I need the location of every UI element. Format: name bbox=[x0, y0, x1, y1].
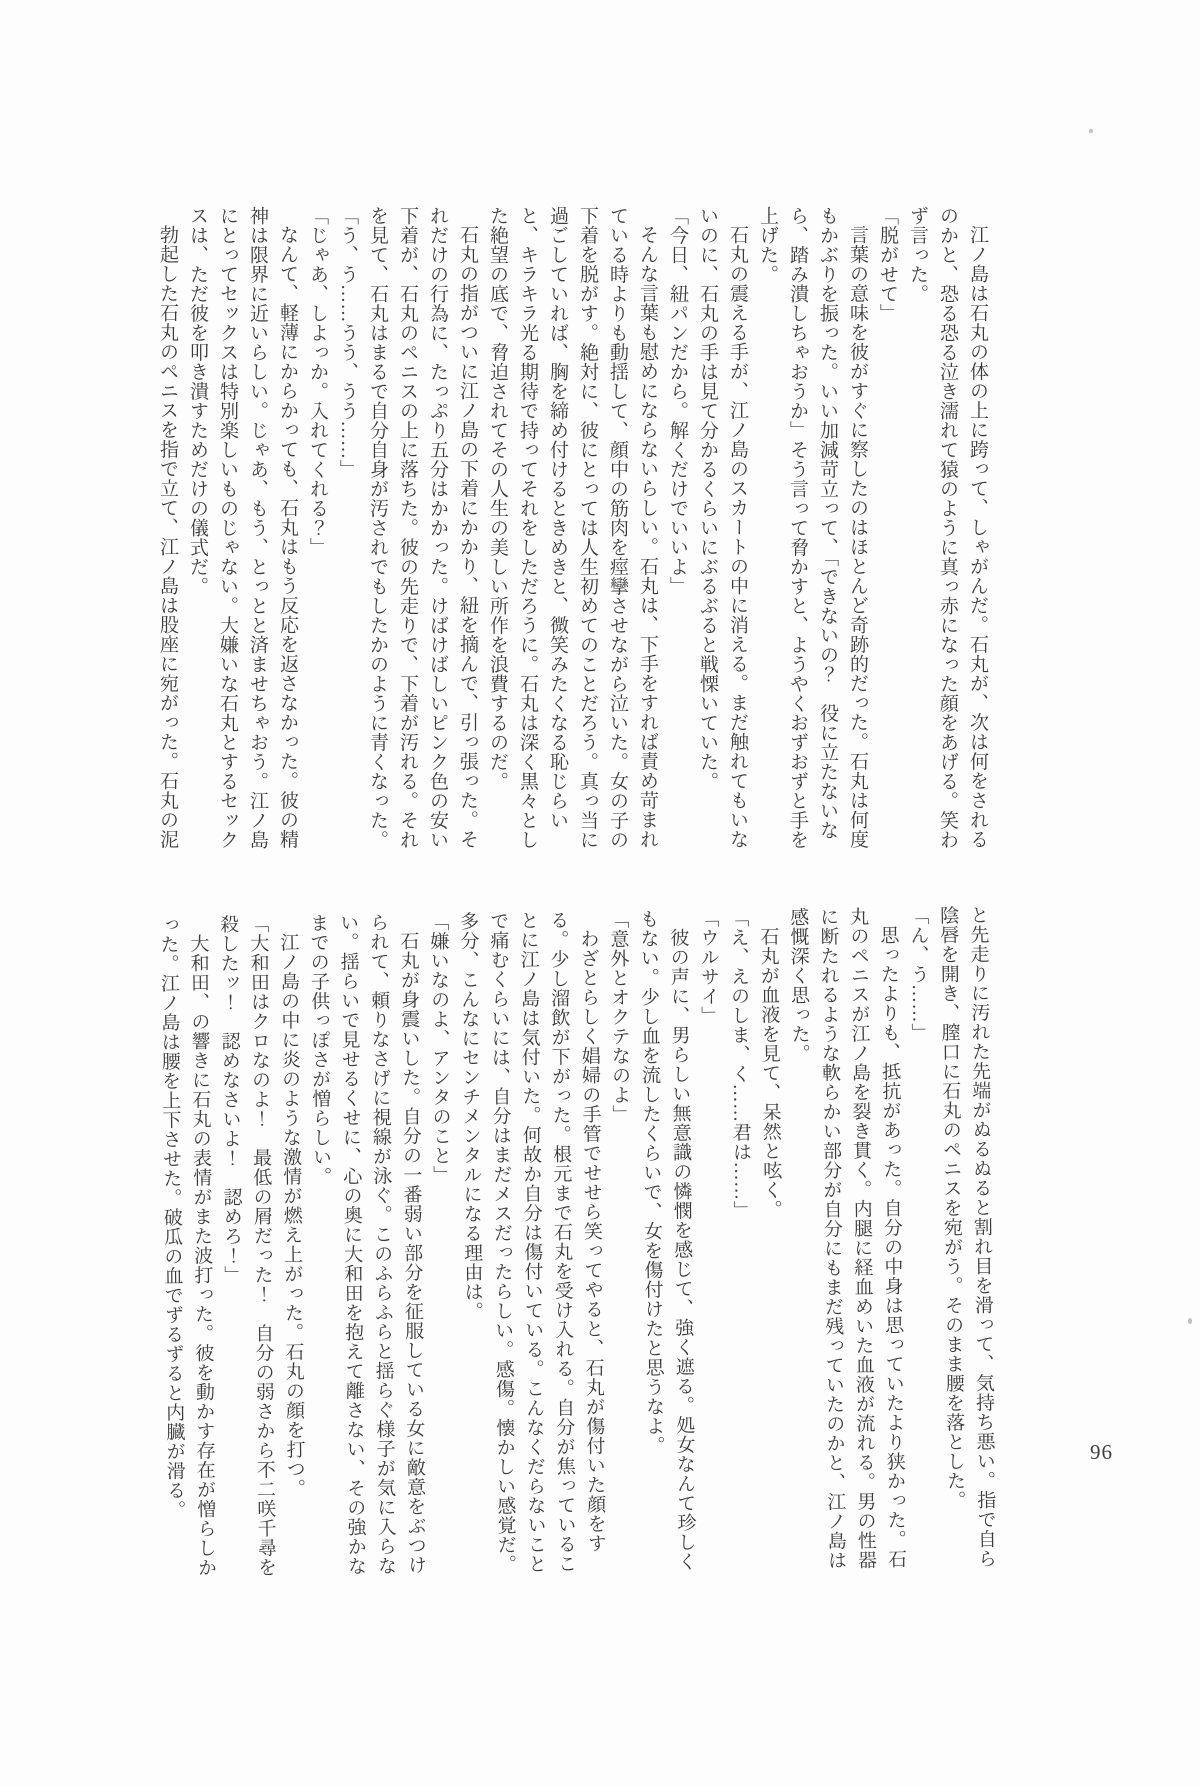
scan-speck bbox=[1089, 129, 1093, 133]
paragraph: 勃起した石丸のペニスを指で立て、江ノ島は股座に宛がった。石丸の泥 bbox=[152, 206, 182, 852]
paragraph: なんて、軽薄にからかっても、石丸はもう反応を返さなかった。彼の精神は限界に近いら… bbox=[182, 206, 302, 852]
text-block-bottom: と先走りに汚れた先端がぬるぬると割れ目を滑って、気持ち悪い。指で自ら陰唇を開き、… bbox=[152, 905, 1000, 1580]
paragraph: 「う、う……うう、うう……」 bbox=[332, 206, 362, 852]
paragraph: 大和田、の響きに石丸の表情がまた波打った。彼を動かす存在が憎らしかった。江ノ島は… bbox=[152, 915, 220, 1581]
paragraph: 江ノ島は石丸の体の上に跨って、しゃがんだ。石丸が、次は何をされるのかと、恐る恐る… bbox=[902, 206, 992, 852]
paragraph: と先走りに汚れた先端がぬるぬると割れ目を滑って、気持ち悪い。指で自ら陰唇を開き、… bbox=[932, 905, 1000, 1571]
manuscript-page: 江ノ島は石丸の体の上に跨って、しゃがんだ。石丸が、次は何をされるのかと、恐る恐る… bbox=[0, 0, 1200, 1786]
paragraph: 石丸の震える手が、江ノ島のスカートの中に消える。まだ触れてもいないのに、石丸の手… bbox=[692, 206, 752, 852]
paragraph: 石丸の指がついに江ノ島の下着にかかり、紐を摘んで、引っ張った。それだけの行為に、… bbox=[362, 206, 482, 852]
paragraph: そんな言葉も慰めにならないらしい。石丸は、下手をすれば責め苛まれている時よりも動… bbox=[482, 206, 662, 852]
paragraph: 「今日、紐パンだから。解くだけでいいよ」 bbox=[662, 206, 692, 852]
paragraph: 石丸が身震いした。自分の一番弱い部分を征服している女に敵意をぶつけられて、頼りな… bbox=[302, 912, 430, 1578]
paragraph: 言葉の意味を彼がすぐに察したのはほとんど奇跡的だった。石丸は何度もかぶりを振った… bbox=[752, 206, 872, 852]
paragraph: 彼の声に、男らしい無意識の憐憫を感じて、強く遮る。処女なんて珍しくもない。少し血… bbox=[632, 909, 700, 1575]
paragraph: わざとらしく娼婦の手管でせせら笑ってやると、石丸が傷付いた顔をする。少し溜飲が下… bbox=[452, 910, 610, 1577]
paragraph: 思ったよりも、抵抗があった。自分の中身は思っていたより狭かった。石丸のペニスが江… bbox=[782, 906, 910, 1572]
text-block-top: 江ノ島は石丸の体の上に跨って、しゃがんだ。石丸が、次は何をされるのかと、恐る恐る… bbox=[152, 206, 992, 852]
paragraph: 「大和田はクロなのよ！ 最低の屑だった！ 自分の弱さから不二咲千尋を殺したッ！ … bbox=[212, 914, 280, 1580]
paragraph: 「脱がせて」 bbox=[872, 206, 902, 852]
paragraph: 「じゃあ、しよっか。入れてくれる？」 bbox=[302, 206, 332, 852]
page-number: 96 bbox=[1090, 1440, 1113, 1465]
scan-speck bbox=[1188, 1318, 1192, 1324]
